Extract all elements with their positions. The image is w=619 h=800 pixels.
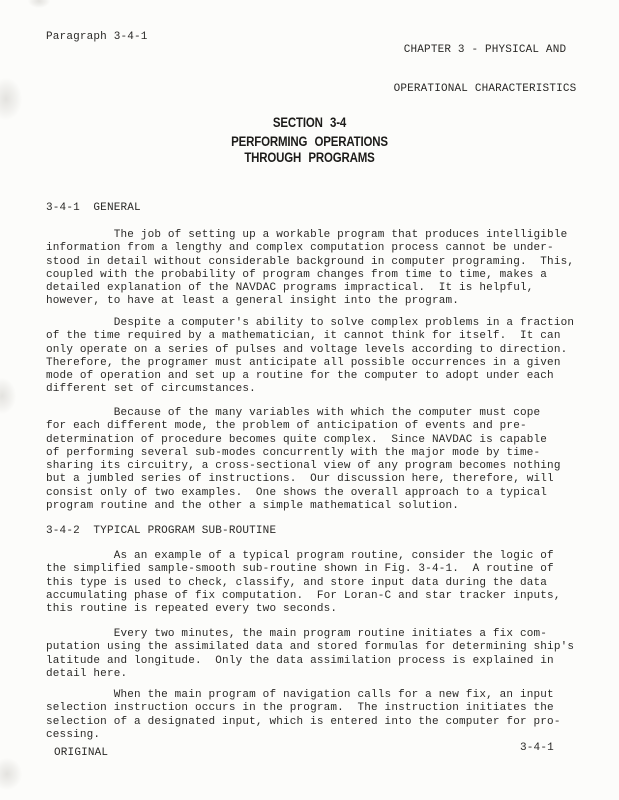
scan-smudge: [0, 378, 16, 414]
scan-smudge: [28, 0, 50, 8]
section-title: SECTION 3-4 PERFORMING OPERATIONS THROUG…: [0, 113, 619, 166]
chapter-header: CHAPTER 3 - PHYSICAL AND OPERATIONAL CHA…: [387, 17, 583, 123]
general-paragraph-2: Despite a computer's ability to solve co…: [46, 317, 591, 397]
general-paragraph-3: Because of the many variables with which…: [46, 407, 591, 513]
scan-smudge: [0, 758, 22, 790]
subroutine-paragraph-1: As an example of a typical program routi…: [46, 550, 591, 616]
page: Paragraph 3-4-1 CHAPTER 3 - PHYSICAL AND…: [0, 0, 619, 800]
chapter-header-line-2: OPERATIONAL CHARACTERISTICS: [387, 83, 583, 96]
header-paragraph-ref: Paragraph 3-4-1: [46, 31, 148, 44]
footer-original-label: ORIGINAL: [54, 747, 108, 760]
subroutine-paragraph-3: When the main program of navigation call…: [46, 689, 591, 742]
subroutine-paragraph-2: Every two minutes, the main program rout…: [46, 628, 591, 681]
general-paragraph-1: The job of setting up a workable program…: [46, 229, 591, 309]
section-title-number: SECTION 3-4: [46, 113, 572, 133]
chapter-header-line-1: CHAPTER 3 - PHYSICAL AND: [387, 44, 583, 57]
section-title-text-1: PERFORMING OPERATIONS: [46, 134, 572, 150]
section-title-text-2: THROUGH PROGRAMS: [46, 150, 572, 166]
footer-page-number: 3-4-1: [520, 742, 554, 755]
subroutine-heading: 3-4-2 TYPICAL PROGRAM SUB-ROUTINE: [46, 525, 591, 538]
general-heading: 3-4-1 GENERAL: [46, 202, 591, 215]
